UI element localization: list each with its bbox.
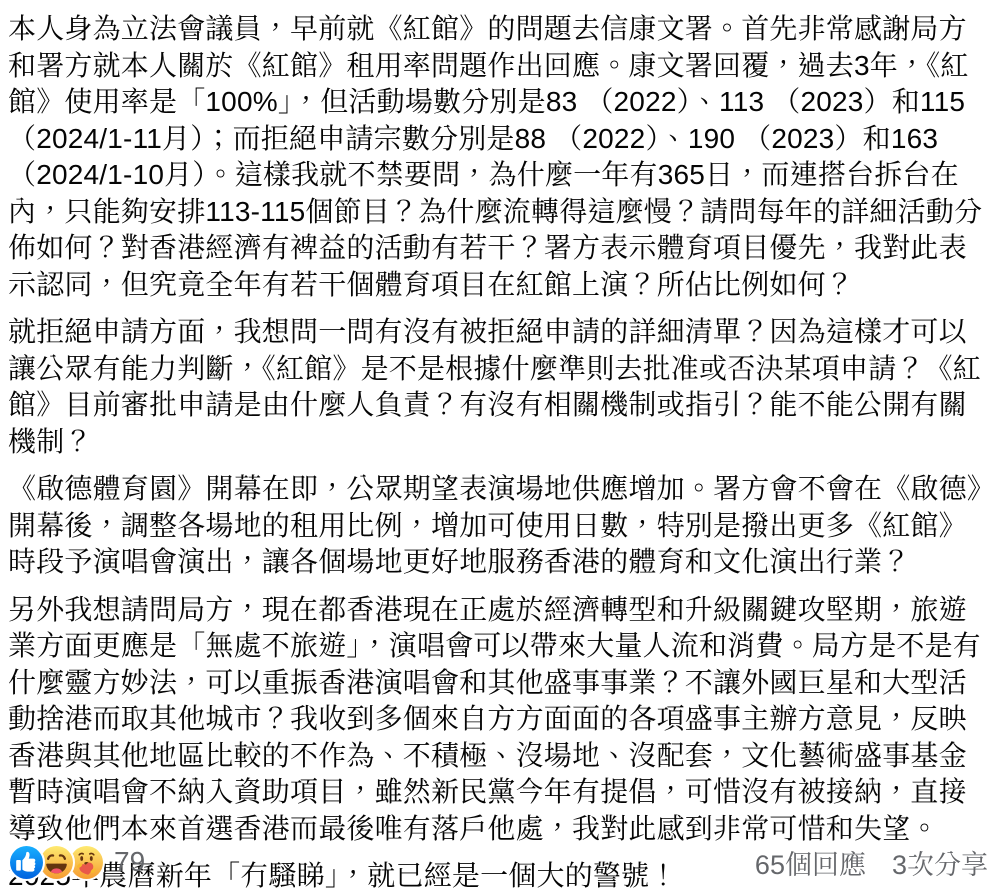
engagement-bar: 79 65個回應 3次分享 [8,844,988,880]
post-paragraph: 本人身為立法會議員，早前就《紅館》的問題去信康文署。首先非常感謝局方和署方就本人… [8,11,988,303]
comments-shares: 65個回應 3次分享 [755,843,988,882]
post-paragraph: 另外我想請問局方，現在都香港現在正處於經濟轉型和升級關鍵攻堅期，旅遊業方面更應是… [8,592,988,848]
post-text: 本人身為立法會議員，早前就《紅館》的問題去信康文署。首先非常感謝局方和署方就本人… [0,0,1000,890]
reaction-count[interactable]: 79 [114,846,145,878]
like-reaction-icon[interactable] [8,844,45,881]
shares-count[interactable]: 3次分享 [892,843,988,882]
reaction-summary[interactable]: 79 [8,844,145,881]
post-paragraph: 就拒絕申請方面，我想問一問有沒有被拒絕申請的詳細清單？因為這樣才可以讓公眾有能力… [8,314,988,460]
comments-count[interactable]: 65個回應 [755,843,866,882]
post-paragraph: 《啟德體育園》開幕在即，公眾期望表演場地供應增加。署方會不會在《啟德》開幕後，調… [8,471,988,581]
